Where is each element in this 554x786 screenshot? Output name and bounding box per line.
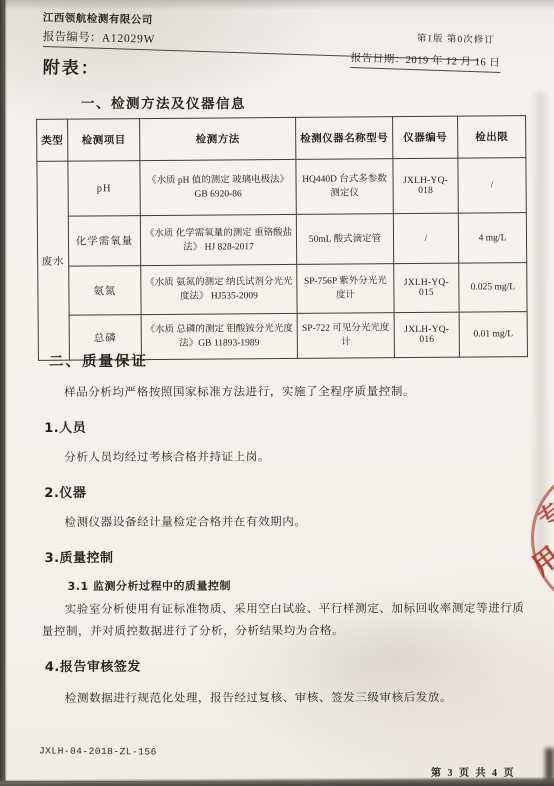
- heading-quality-control: 3.质量控制: [45, 546, 526, 566]
- limit-cell: 4 mg/L: [458, 213, 526, 264]
- methods-table: 类型 检测项目 检测方法 检测仪器名称型号 仪器编号 检出限 废水 pH 《水质…: [36, 115, 528, 361]
- table-header-row: 类型 检测项目 检测方法 检测仪器名称型号 仪器编号 检出限: [37, 116, 526, 162]
- company-name: 江西领航检测有限公司: [43, 10, 153, 27]
- appendix-label: 附表：: [43, 53, 100, 79]
- limit-cell: 0.025 mg/L: [459, 263, 527, 313]
- method-cell: 《水质 化学需氧量的测定 重铬酸盐法》 HJ 828-2017: [140, 214, 296, 265]
- quality-assurance-section: 二、质量保证 样品分析均严格按照国家标准方法进行，实施了全程序质量控制。 1.人…: [41, 343, 526, 710]
- report-date-label: 报告日期：: [351, 53, 406, 66]
- scan-shadow-streak: [536, 92, 545, 562]
- col-header-type: 类型: [37, 119, 68, 161]
- report-number-value: A12029W: [102, 32, 156, 45]
- scan-edge-corner: [545, 748, 554, 782]
- method-cell: 《水质 氨氮的测定 纳氏试剂分光光度法》 HJ535-2009: [141, 264, 297, 314]
- document-number: JXLH-04-2018-ZL-156: [39, 745, 157, 757]
- paper-page: 江西领航检测有限公司 报告编号：A12029W 第1版 第0次修订 报告日期：2…: [5, 0, 554, 781]
- scan-edge-top: [0, 0, 554, 10]
- scanned-report-page: 江西领航检测有限公司 报告编号：A12029W 第1版 第0次修订 报告日期：2…: [0, 0, 554, 786]
- instruments-paragraph: 检测仪器设备经计量检定合格并在有效期内。: [41, 511, 525, 534]
- subheading-quality-control: 3.1 监测分析过程中的质量控制: [68, 577, 526, 594]
- section1-title: 一、检测方法及仪器信息: [81, 92, 246, 113]
- scan-edge-left: [0, 0, 7, 786]
- instrument-cell: HQ440D 台式多参数测定仪: [296, 159, 393, 215]
- item-cell: 化学需氧量: [68, 216, 140, 267]
- col-header-instrument-no: 仪器编号: [393, 116, 458, 159]
- instrument-no-cell: JXLH-YQ-015: [394, 263, 459, 313]
- quality-control-paragraph: 实验室分析使用有证标准物质、采用空白试验、平行样测定、加标回收率测定等进行质量控…: [42, 598, 526, 643]
- section2-title: 二、质量保证: [49, 349, 525, 371]
- report-signoff-paragraph: 检测数据进行规范化处理，报告经过复核、审核、签发三级审核后发放。: [42, 687, 526, 710]
- heading-report-signoff: 4.报告审核签发: [45, 655, 526, 675]
- instrument-no-cell: JXLH-YQ-018: [393, 158, 458, 214]
- col-header-instrument: 检测仪器名称型号: [296, 117, 393, 160]
- method-cell: 《水质 pH 值的测定 玻璃电极法》 GB 6920-86: [140, 159, 296, 215]
- item-cell: 氨氮: [69, 266, 141, 316]
- report-date-value: 2019 年 12 月 16 日: [406, 55, 501, 69]
- limit-cell: /: [458, 158, 526, 214]
- heading-personnel: 1.人员: [44, 416, 525, 436]
- revision-note: 第1版 第0次修订: [417, 30, 495, 46]
- sample-type-cell: 废水: [37, 161, 70, 360]
- instrument-no-cell: /: [393, 213, 458, 264]
- instrument-cell: 50mL 酸式滴定管: [296, 214, 393, 265]
- col-header-method: 检测方法: [140, 117, 296, 160]
- report-number: 报告编号：A12029W: [43, 28, 156, 47]
- table-row: 废水 pH 《水质 pH 值的测定 玻璃电极法》 GB 6920-86 HQ44…: [37, 158, 526, 217]
- section2-intro: 样品分析均严格按照国家标准方法进行，实施了全程序质量控制。: [41, 381, 525, 404]
- heading-instruments: 2.仪器: [44, 481, 525, 501]
- report-number-label: 报告编号：: [43, 31, 102, 44]
- col-header-item: 检测项目: [68, 119, 140, 162]
- item-cell: pH: [68, 161, 140, 217]
- report-date: 报告日期：2019 年 12 月 16 日: [350, 50, 500, 73]
- personnel-paragraph: 分析人员均经过考核合格并持证上岗。: [41, 446, 525, 469]
- table-row: 氨氮 《水质 氨氮的测定 纳氏试剂分光光度法》 HJ535-2009 SP-75…: [38, 263, 527, 316]
- table-row: 化学需氧量 《水质 化学需氧量的测定 重铬酸盐法》 HJ 828-2017 50…: [37, 213, 526, 267]
- instrument-cell: SP-756P 紫外分光光度计: [297, 264, 394, 314]
- col-header-limit: 检出限: [458, 116, 526, 159]
